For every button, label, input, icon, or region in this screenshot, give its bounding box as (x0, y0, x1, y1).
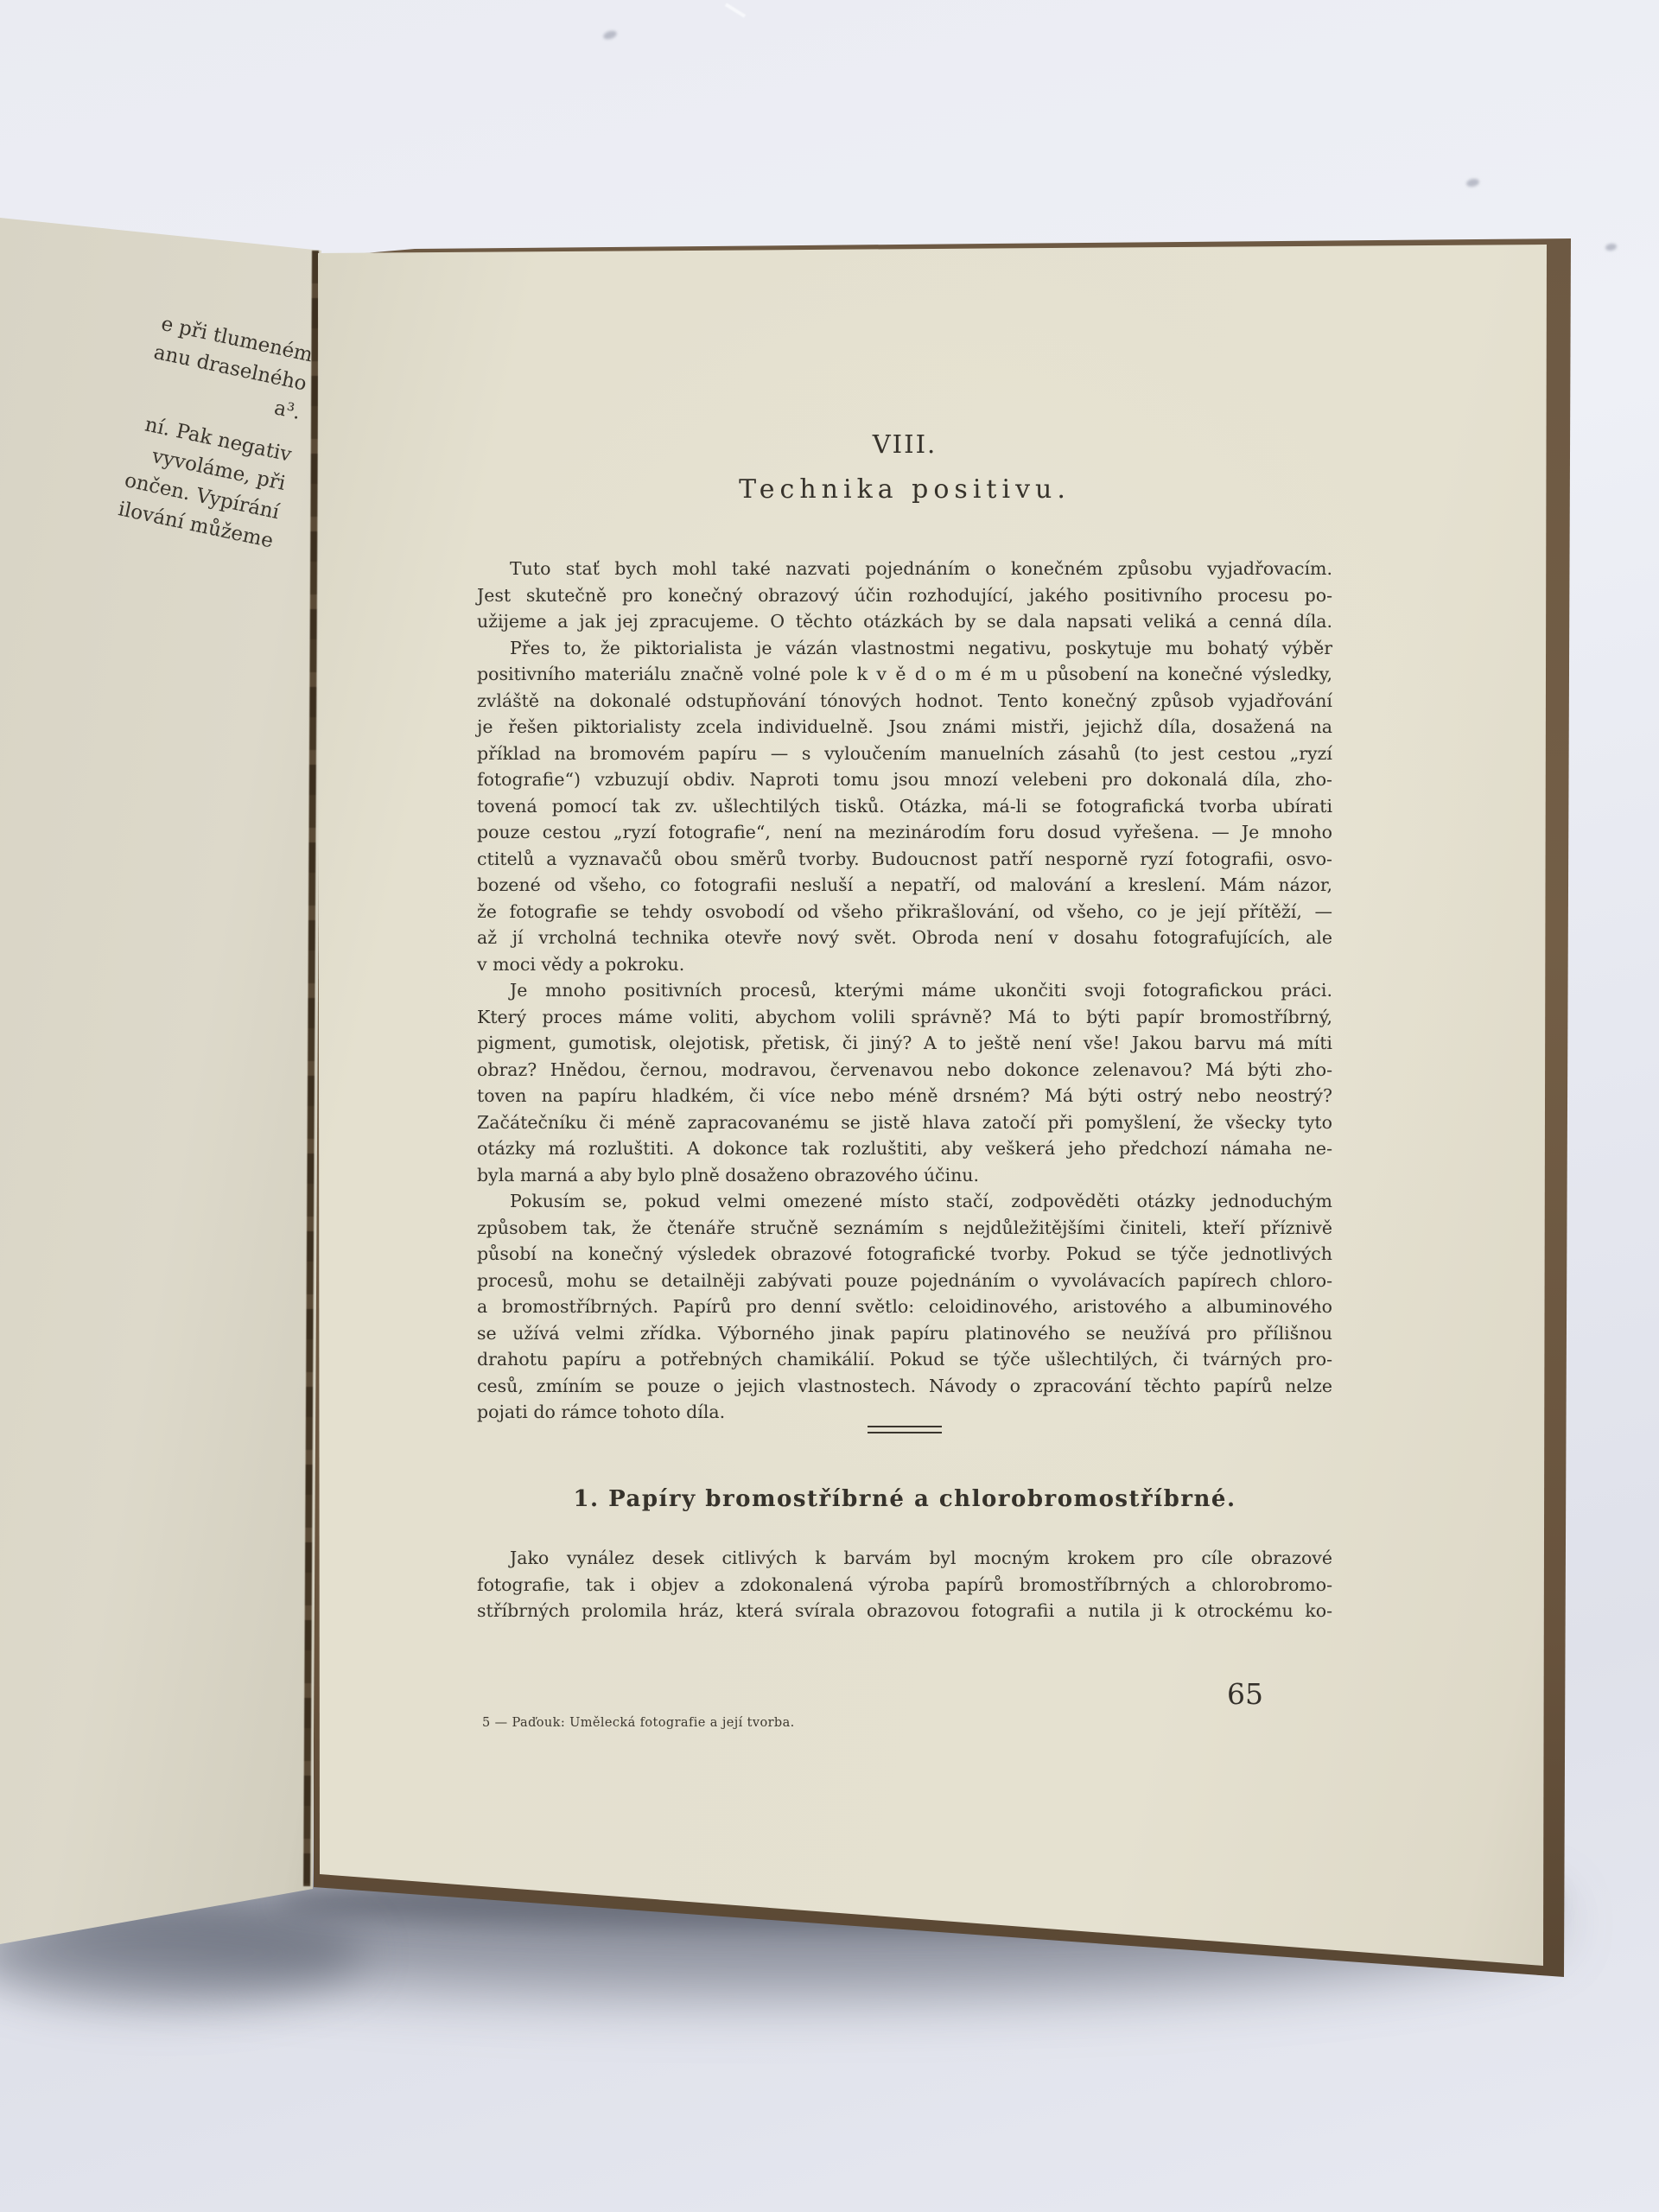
text-line: Jest skutečně pro konečný obrazový účin … (477, 582, 1332, 609)
text-line: pouze cestou „ryzí fotografie“, není na … (477, 819, 1332, 846)
body-paragraphs: Tuto stať bych mohl také nazvati pojedná… (477, 556, 1332, 1426)
text-line: Přes to, že piktorialista je vázán vlast… (477, 635, 1332, 662)
chapter-number: VIII. (477, 429, 1332, 459)
section-paragraphs: Jako vynález desek citlivých k barvám by… (477, 1545, 1332, 1624)
text-line: Je mnoho positivních procesů, kterými má… (477, 977, 1332, 1004)
chapter-title: Technika positivu. (477, 474, 1332, 505)
paragraph: Je mnoho positivních procesů, kterými má… (477, 977, 1332, 1188)
paragraph: Přes to, že piktorialista je vázán vlast… (477, 635, 1332, 978)
text-line: toven na papíru hladkém, či více nebo mé… (477, 1083, 1332, 1109)
text-line: v moci vědy a pokroku. (477, 951, 1332, 978)
left-page: e při tlumenémanu draselnéhoa³. ní. Pak … (0, 214, 321, 1949)
text-line: Začátečníku či méně zapracovanému se jis… (477, 1109, 1332, 1136)
text-line: drahotu papíru a potřebných chamikálií. … (477, 1346, 1332, 1373)
text-line: působí na konečný výsledek obrazové foto… (477, 1241, 1332, 1268)
dust-speck (1465, 178, 1480, 188)
text-line: že fotografie se tehdy osvobodí od všeho… (477, 899, 1332, 925)
text-line: cesů, zmíním se pouze o jejich vlastnost… (477, 1373, 1332, 1400)
page-content: VIII. Technika positivu. Tuto stať bych … (477, 245, 1332, 1971)
text-line: otázky má rozluštiti. A dokonce tak rozl… (477, 1135, 1332, 1162)
text-line: tovená pomocí tak zv. ušlechtilých tisků… (477, 793, 1332, 820)
dust-speck (1605, 243, 1617, 251)
right-page: VIII. Technika positivu. Tuto stať bych … (318, 245, 1548, 1971)
text-line: je řešen piktorialisty zcela individueln… (477, 714, 1332, 741)
text-line: Který proces máme voliti, abychom volili… (477, 1004, 1332, 1031)
text-line: a bromostříbrných. Papírů pro denní svět… (477, 1294, 1332, 1320)
text-line: ctitelů a vyznavačů obou směrů tvorby. B… (477, 846, 1332, 873)
text-line: stříbrných prolomila hráz, která svírala… (477, 1598, 1332, 1624)
paragraph: Pokusím se, pokud velmi omezené místo st… (477, 1188, 1332, 1426)
text-line: pigment, gumotisk, olejotisk, přetisk, č… (477, 1030, 1332, 1057)
text-line: Pokusím se, pokud velmi omezené místo st… (477, 1188, 1332, 1215)
text-line: až jí vrcholná technika otevře nový svět… (477, 925, 1332, 951)
paragraph: Jako vynález desek citlivých k barvám by… (477, 1545, 1332, 1624)
page-number: 65 (1227, 1677, 1263, 1711)
text-line: procesů, mohu se detailněji zabývati pou… (477, 1268, 1332, 1294)
text-line: příklad na bromovém papíru — s vyloučení… (477, 741, 1332, 767)
text-line: fotografie, tak i objev a zdokonalená vý… (477, 1572, 1332, 1599)
text-line: zvláště na dokonalé odstupňování tónovýc… (477, 688, 1332, 715)
text-line: užijeme a jak jej zpracujeme. O těchto o… (477, 608, 1332, 635)
section-heading: 1. Papíry bromostříbrné a chlorobromostř… (477, 1486, 1332, 1512)
left-page-text: e při tlumenémanu draselnéhoa³. ní. Pak … (0, 270, 315, 556)
dust-speck (602, 29, 618, 41)
text-line: pojati do rámce tohoto díla. (477, 1399, 1332, 1426)
divider-rule (868, 1432, 942, 1433)
divider-rule (868, 1426, 942, 1427)
paragraph: Tuto stať bych mohl také nazvati pojedná… (477, 556, 1332, 635)
photo-scene: e při tlumenémanu draselnéhoa³. ní. Pak … (0, 0, 1659, 2212)
text-line: způsobem tak, že čtenáře stručně seznámí… (477, 1215, 1332, 1242)
text-line: Tuto stať bych mohl také nazvati pojedná… (477, 556, 1332, 582)
text-line: fotografie“) vzbuzují obdiv. Naproti tom… (477, 766, 1332, 793)
text-line: positivního materiálu značně volné pole … (477, 661, 1332, 688)
text-line: se užívá velmi zřídka. Výborného jinak p… (477, 1320, 1332, 1347)
footer-signature-note: 5 — Paďouk: Umělecká fotografie a její t… (482, 1716, 795, 1730)
section-divider (477, 1426, 1332, 1433)
text-line: byla marná a aby bylo plně dosaženo obra… (477, 1162, 1332, 1189)
paper-scratch (725, 3, 746, 17)
text-line: obraz? Hnědou, černou, modravou, červena… (477, 1057, 1332, 1084)
text-line: bozené od všeho, co fotografii nesluší a… (477, 872, 1332, 899)
text-line: Jako vynález desek citlivých k barvám by… (477, 1545, 1332, 1572)
